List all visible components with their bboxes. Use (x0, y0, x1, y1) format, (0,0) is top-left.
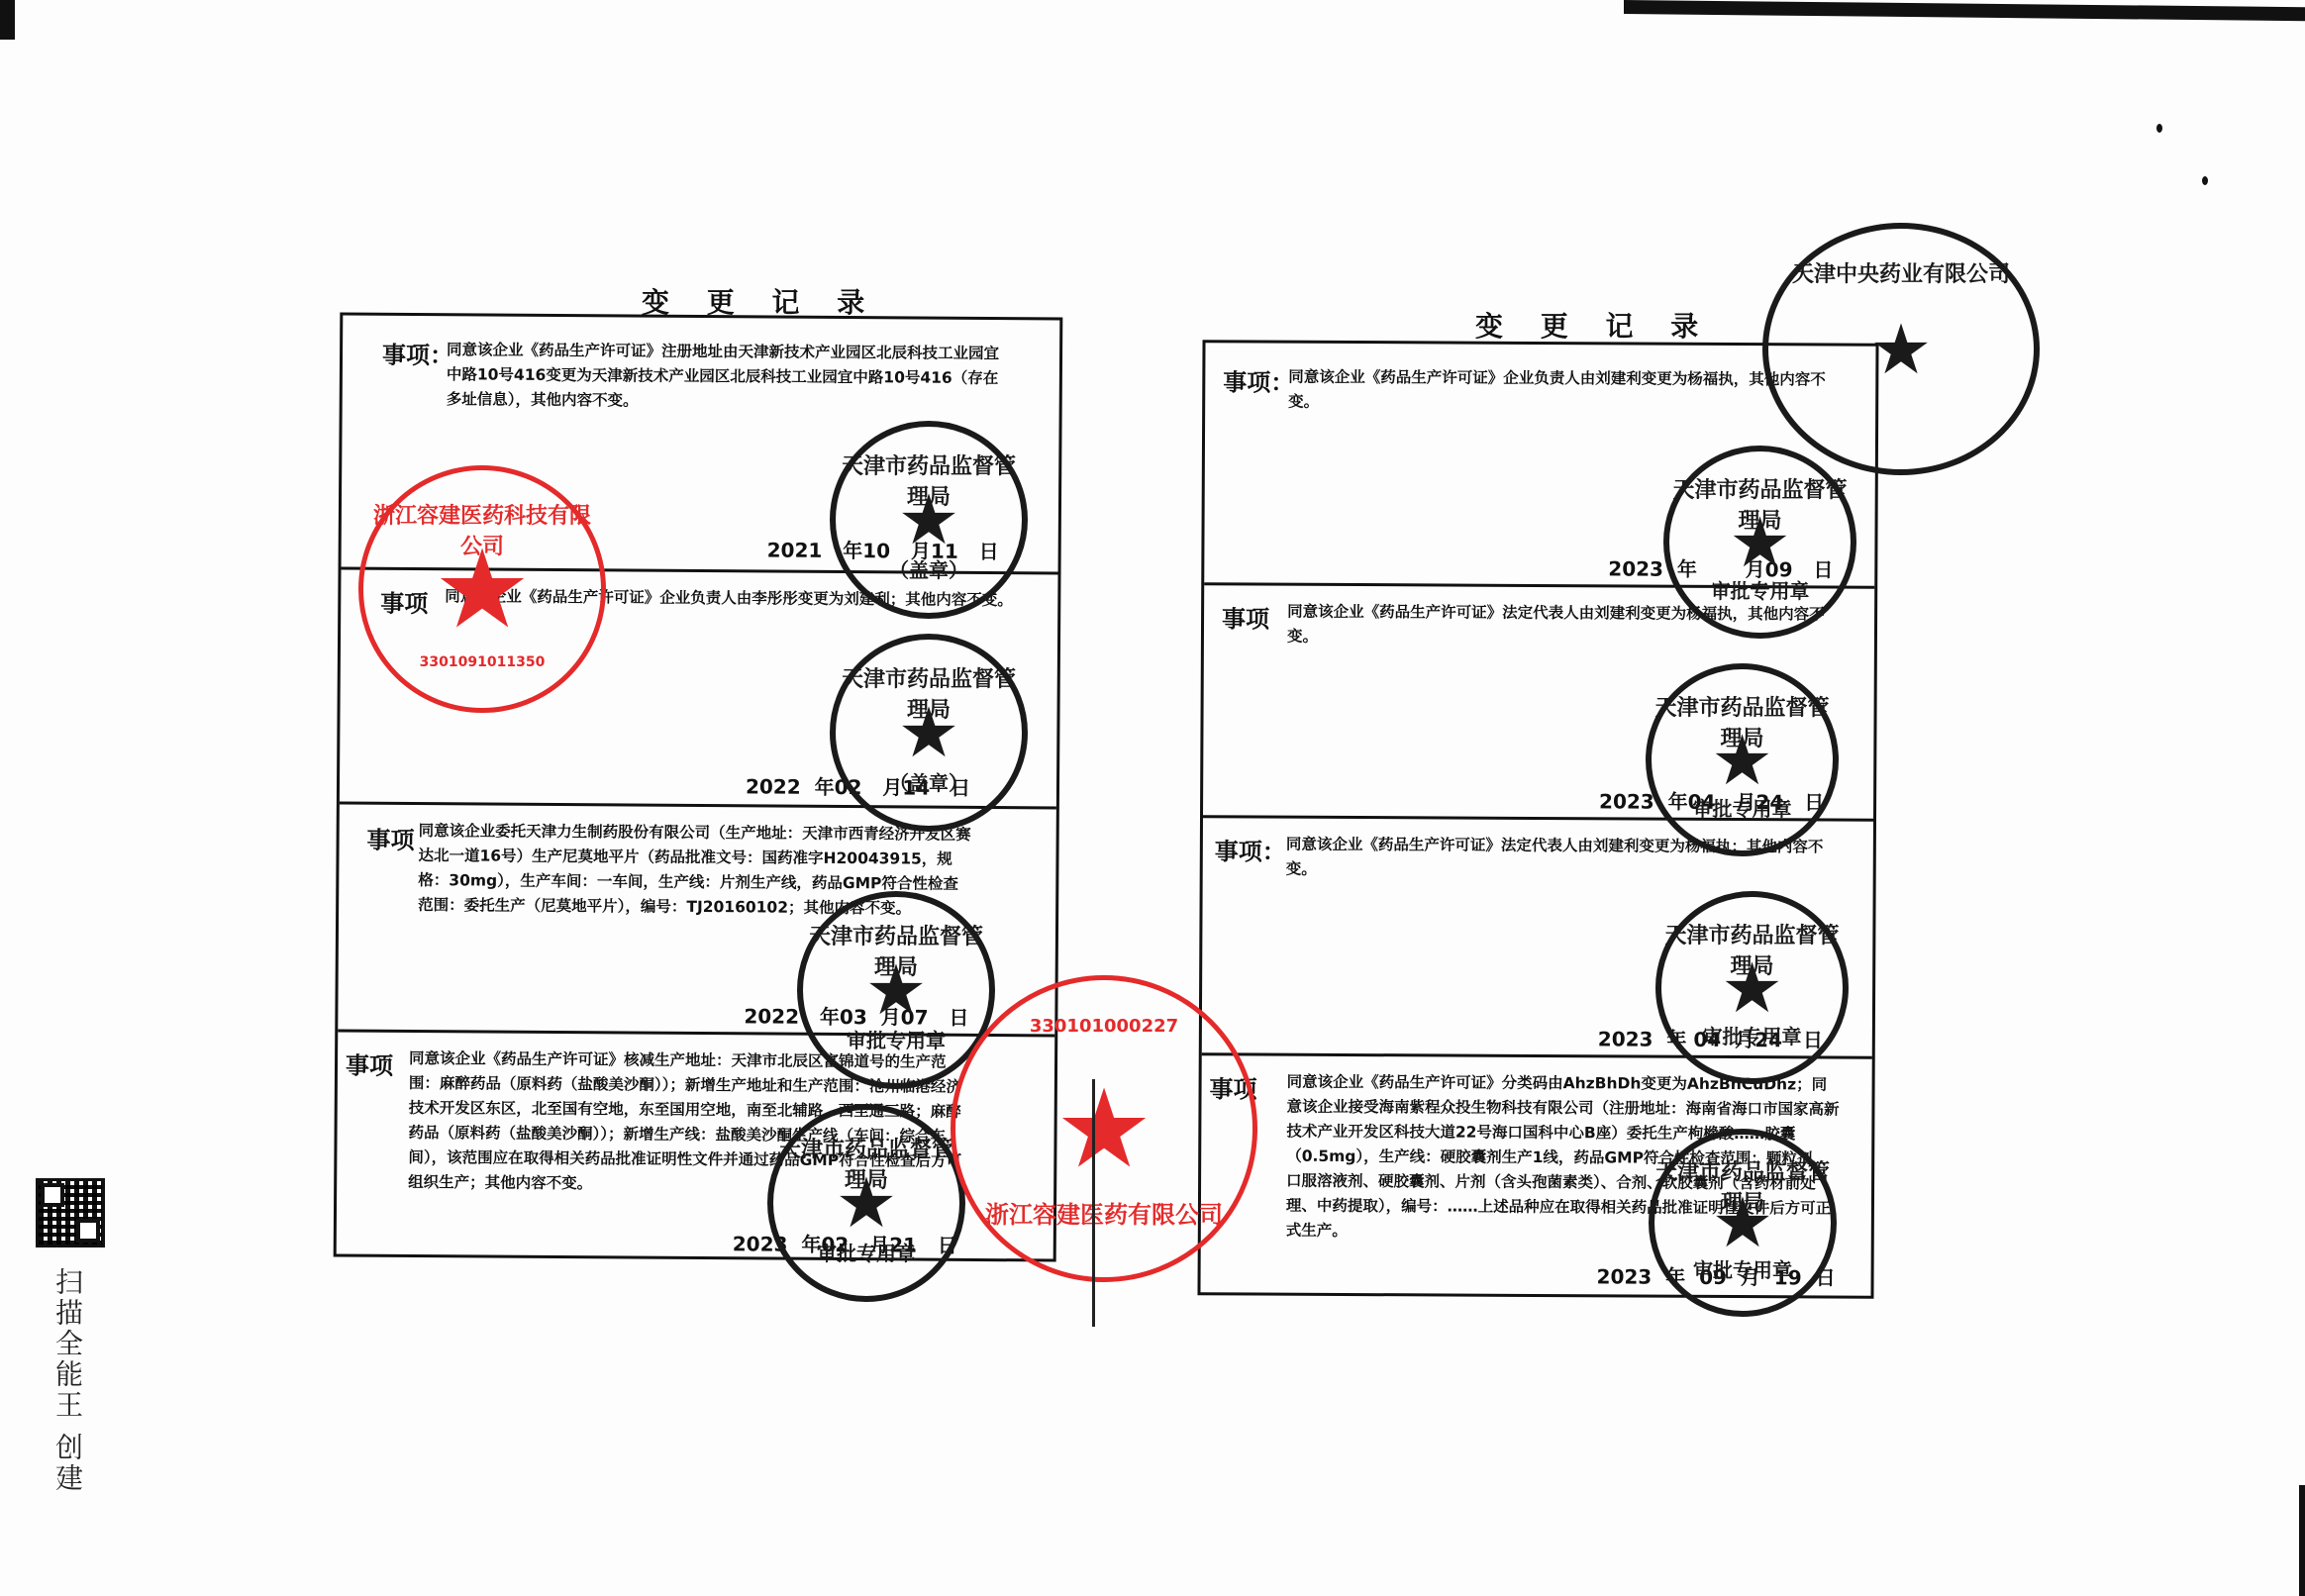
scan-edge-right (2299, 1485, 2305, 1596)
item-text: 同意该企业《药品生产许可证》注册地址由天津新技术产业园区北辰科技工业园宜中路10… (447, 338, 1002, 416)
official-seal: 天津市药品监督管理局 ★ 审批专用章 (797, 891, 995, 1089)
item-label: 事项： (1223, 362, 1294, 397)
scan-speck (2202, 176, 2208, 185)
item-label: 事项： (1215, 832, 1286, 866)
official-seal: 天津市药品监督管理局 ★ 审批专用章 (767, 1104, 965, 1302)
scan-edge-top (1624, 0, 2305, 21)
star-icon: ★ (1870, 315, 1933, 384)
company-seal-red: 浙江容建医药科技有限公司 ★ 3301091011350 (358, 465, 606, 713)
item-label: 事项： (382, 336, 453, 371)
scanner-watermark: 扫描全能王 创建 (48, 1267, 87, 1494)
qr-code-icon (36, 1178, 105, 1247)
company-seal-black: 天津中央药业有限公司 ★ (1762, 223, 2040, 475)
official-seal: 天津市药品监督管理局 ★ （盖章） (830, 634, 1028, 832)
scan-speck (2156, 124, 2162, 133)
item-text: 同意该企业《药品生产许可证》企业负责人由刘建利变更为杨福执，其他内容不变。 (1288, 365, 1843, 418)
page-fold-line (1092, 1079, 1095, 1327)
company-seal-red: 330101000227 ★ 浙江容建医药有限公司 (951, 975, 1257, 1282)
item-label: 事项 (346, 1047, 393, 1081)
item-label: 事项 (367, 821, 415, 855)
official-seal: 天津市药品监督管理局 ★ 审批专用章 (1649, 1129, 1837, 1317)
scan-edge-left (0, 0, 15, 40)
page-title: 变 更 记 录 (1475, 305, 1712, 345)
star-icon: ★ (1055, 1074, 1153, 1183)
official-seal: 天津市药品监督管理局 ★ 审批专用章 (1646, 663, 1839, 856)
item-label: 事项 (1222, 599, 1269, 634)
official-seal: 天津市药品监督管理局 ★ （盖章） (830, 421, 1028, 619)
official-seal: 天津市药品监督管理局 ★ 审批专用章 (1663, 446, 1856, 639)
official-seal: 天津市药品监督管理局 ★ 审批专用章 (1655, 891, 1849, 1084)
